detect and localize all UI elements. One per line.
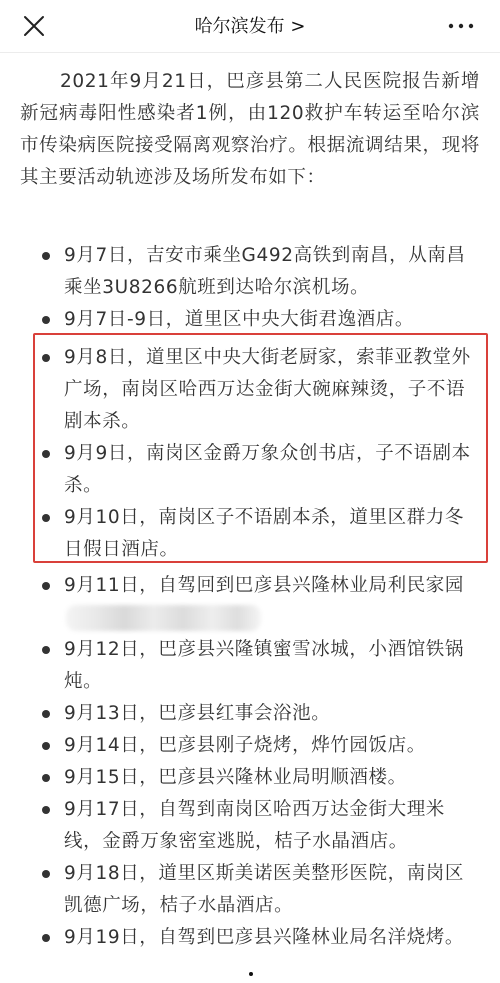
list-item: 9月11日，自驾回到巴彦县兴隆林业局利民家园 [0,570,500,634]
more-dots-icon [446,16,476,36]
more-options-button[interactable] [446,16,476,36]
list-item: 9月19日，自驾到巴彦县兴隆林业局名洋烧烤。 [0,922,500,954]
page-dot [249,972,253,976]
bullet-icon [42,806,50,814]
list-item: 9月14日，巴彦县刚子烧烤，烨竹园饭店。 [0,730,500,762]
intro-paragraph: 2021年9月21日，巴彦县第二人民医院报告新增新冠病毒阳性感染者1例，由120… [20,66,480,194]
bullet-icon [42,316,50,324]
list-item: 9月13日，巴彦县红事会浴池。 [0,698,500,730]
redacted-blur [66,605,261,631]
list-item: 9月17日，自驾到南岗区哈西万达金街大理米线，金爵万象密室逃脱，桔子水晶酒店。 [0,794,500,858]
list-item: 9月18日，道里区斯美诺医美整形医院，南岗区凯德广场，桔子水晶酒店。 [0,858,500,922]
list-item: 9月15日，巴彦县兴隆林业局明顺酒楼。 [0,762,500,794]
account-title-link[interactable]: 哈尔滨发布 > [0,12,500,38]
bullet-icon [42,710,50,718]
top-navigation-bar: 哈尔滨发布 > [0,0,500,53]
list-item: 9月12日，巴彦县兴隆镇蜜雪冰城，小酒馆铁锅炖。 [0,634,500,698]
bullet-icon [42,774,50,782]
list-item: 9月7日，吉安市乘坐G492高铁到南昌，从南昌乘坐3U8266航班到达哈尔滨机场… [0,240,500,304]
article-content: 2021年9月21日，巴彦县第二人民医院报告新增新冠病毒阳性感染者1例，由120… [0,52,500,194]
bullet-icon [42,870,50,878]
list-item: 9月7日-9日，道里区中央大街君逸酒店。 [0,304,500,336]
bullet-icon [42,582,50,590]
bullet-icon [42,742,50,750]
bullet-icon [42,934,50,942]
bullet-icon [42,252,50,260]
bullet-icon [42,646,50,654]
highlight-box [33,333,488,563]
